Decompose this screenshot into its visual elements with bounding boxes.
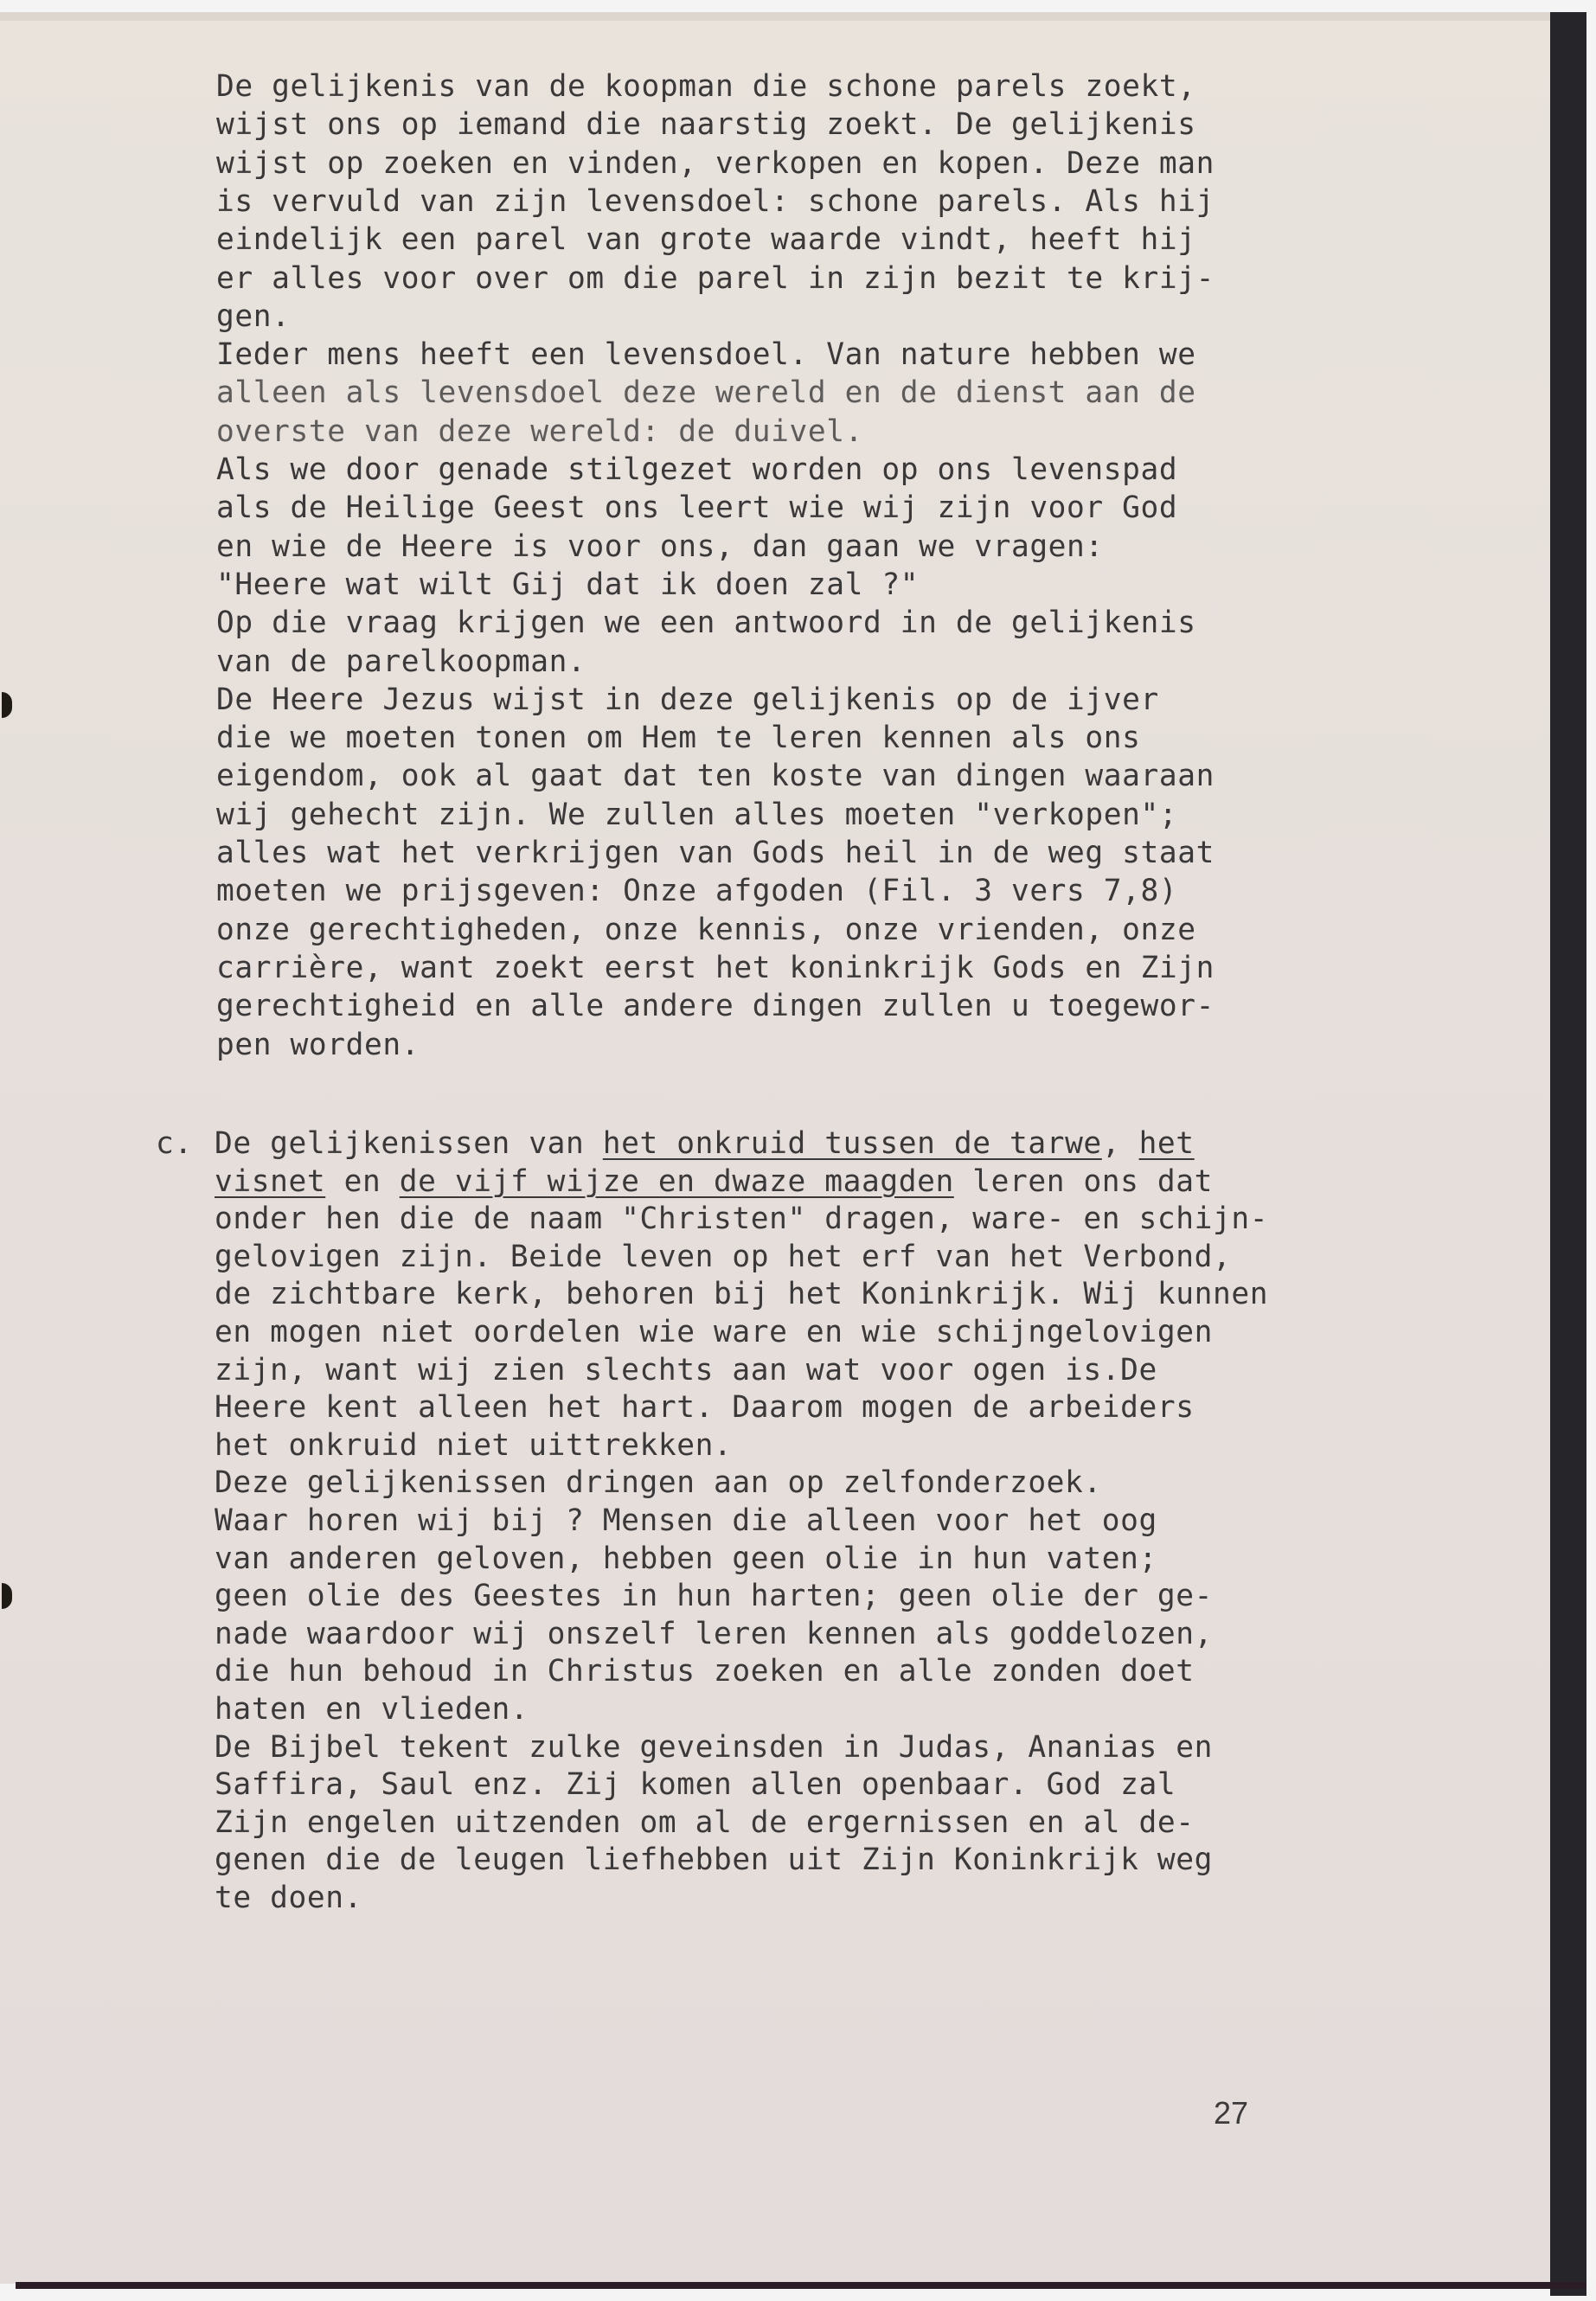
page-top-edge: [0, 12, 1550, 21]
text-line: te doen.: [215, 1879, 362, 1917]
page-number: 27: [1214, 2095, 1248, 2131]
text-line: en mogen niet oordelen wie ware en wie s…: [215, 1313, 1213, 1351]
text-line: er alles voor over om die parel in zijn …: [216, 260, 1215, 298]
section-marker: c.: [156, 1125, 193, 1163]
text-span: en: [325, 1164, 399, 1199]
underlined-parable-title: de vijf wijze en dwaze maagden: [400, 1164, 954, 1199]
text-line: Waar horen wij bij ? Mensen die alleen v…: [215, 1502, 1157, 1540]
underlined-parable-title: het onkruid tussen de tarwe: [603, 1126, 1102, 1161]
text-line: overste van deze wereld: de duivel.: [216, 413, 863, 451]
text-line: gen.: [216, 298, 290, 336]
text-line: pen worden.: [216, 1026, 420, 1064]
text-line: wijst ons op iemand die naarstig zoekt. …: [216, 106, 1196, 144]
text-line: "Heere wat wilt Gij dat ik doen zal ?": [216, 566, 919, 604]
text-line: Zijn engelen uitzenden om al de ergernis…: [215, 1804, 1195, 1842]
text-line: onder hen die de naam "Christen" dragen,…: [215, 1200, 1268, 1238]
text-line: moeten we prijsgeven: Onze afgoden (Fil.…: [216, 872, 1177, 910]
text-line: genen die de leugen liefhebben uit Zijn …: [215, 1841, 1213, 1879]
text-line: die we moeten tonen om Hem te leren kenn…: [216, 719, 1141, 757]
text-line: Saffira, Saul enz. Zij komen allen openb…: [215, 1766, 1176, 1804]
text-line: die hun behoud in Christus zoeken en all…: [215, 1652, 1195, 1690]
text-span: leren ons dat: [954, 1164, 1213, 1199]
text-line: De Heere Jezus wijst in deze gelijkenis …: [216, 681, 1159, 719]
text-line: Op die vraag krijgen we een antwoord in …: [216, 604, 1196, 642]
text-line: gelovigen zijn. Beide leven op het erf v…: [215, 1238, 1231, 1276]
section-c-line: visnet en de vijf wijze en dwaze maagden…: [215, 1163, 1213, 1201]
text-span: ,: [1102, 1126, 1139, 1161]
binding-strip: [1550, 12, 1586, 2296]
text-line: Heere kent alleen het hart. Daarom mogen…: [215, 1388, 1195, 1426]
text-line: Als we door genade stilgezet worden op o…: [216, 451, 1177, 489]
text-line: van de parelkoopman.: [216, 643, 586, 681]
section-c-line: De gelijkenissen van het onkruid tussen …: [215, 1125, 1195, 1163]
text-line: geen olie des Geestes in hun harten; gee…: [215, 1577, 1213, 1615]
text-line: het onkruid niet uittrekken.: [215, 1426, 732, 1465]
underlined-parable-title: visnet: [215, 1164, 325, 1199]
text-span: De gelijkenissen van: [215, 1126, 603, 1161]
text-line: De Bijbel tekent zulke geveinsden in Jud…: [215, 1728, 1213, 1766]
text-line: en wie de Heere is voor ons, dan gaan we…: [216, 528, 1104, 566]
text-line: als de Heilige Geest ons leert wie wij z…: [216, 489, 1177, 527]
text-line: gerechtigheid en alle andere dingen zull…: [216, 987, 1215, 1025]
text-line: alles wat het verkrijgen van Gods heil i…: [216, 834, 1215, 872]
body-text: c. De gelijkenissen van het onkruid tuss…: [0, 0, 37, 173]
text-line: haten en vlieden.: [215, 1690, 529, 1728]
text-line: zijn, want wij zien slechts aan wat voor…: [215, 1351, 1157, 1389]
text-line: carrière, want zoekt eerst het koninkrij…: [216, 949, 1215, 987]
text-line: van anderen geloven, hebben geen olie in…: [215, 1540, 1157, 1578]
text-line: is vervuld van zijn levensdoel: schone p…: [216, 183, 1215, 221]
page-bottom-edge: [16, 2282, 1586, 2289]
text-line: onze gerechtigheden, onze kennis, onze v…: [216, 911, 1196, 949]
text-line: de zichtbare kerk, behoren bij het Konin…: [215, 1275, 1268, 1313]
text-line: De gelijkenis van de koopman die schone …: [216, 67, 1196, 106]
text-line: eindelijk een parel van grote waarde vin…: [216, 221, 1196, 259]
text-line: Deze gelijkenissen dringen aan op zelfon…: [215, 1464, 1102, 1502]
text-line: wij gehecht zijn. We zullen alles moeten…: [216, 796, 1177, 834]
text-line: Ieder mens heeft een levensdoel. Van nat…: [216, 336, 1196, 374]
text-line: eigendom, ook al gaat dat ten koste van …: [216, 757, 1215, 795]
text-line: nade waardoor wij onszelf leren kennen a…: [215, 1615, 1213, 1653]
text-line: wijst op zoeken en vinden, verkopen en k…: [216, 144, 1215, 183]
text-line: alleen als levensdoel deze wereld en de …: [216, 374, 1196, 412]
underlined-parable-title: het: [1139, 1126, 1195, 1161]
